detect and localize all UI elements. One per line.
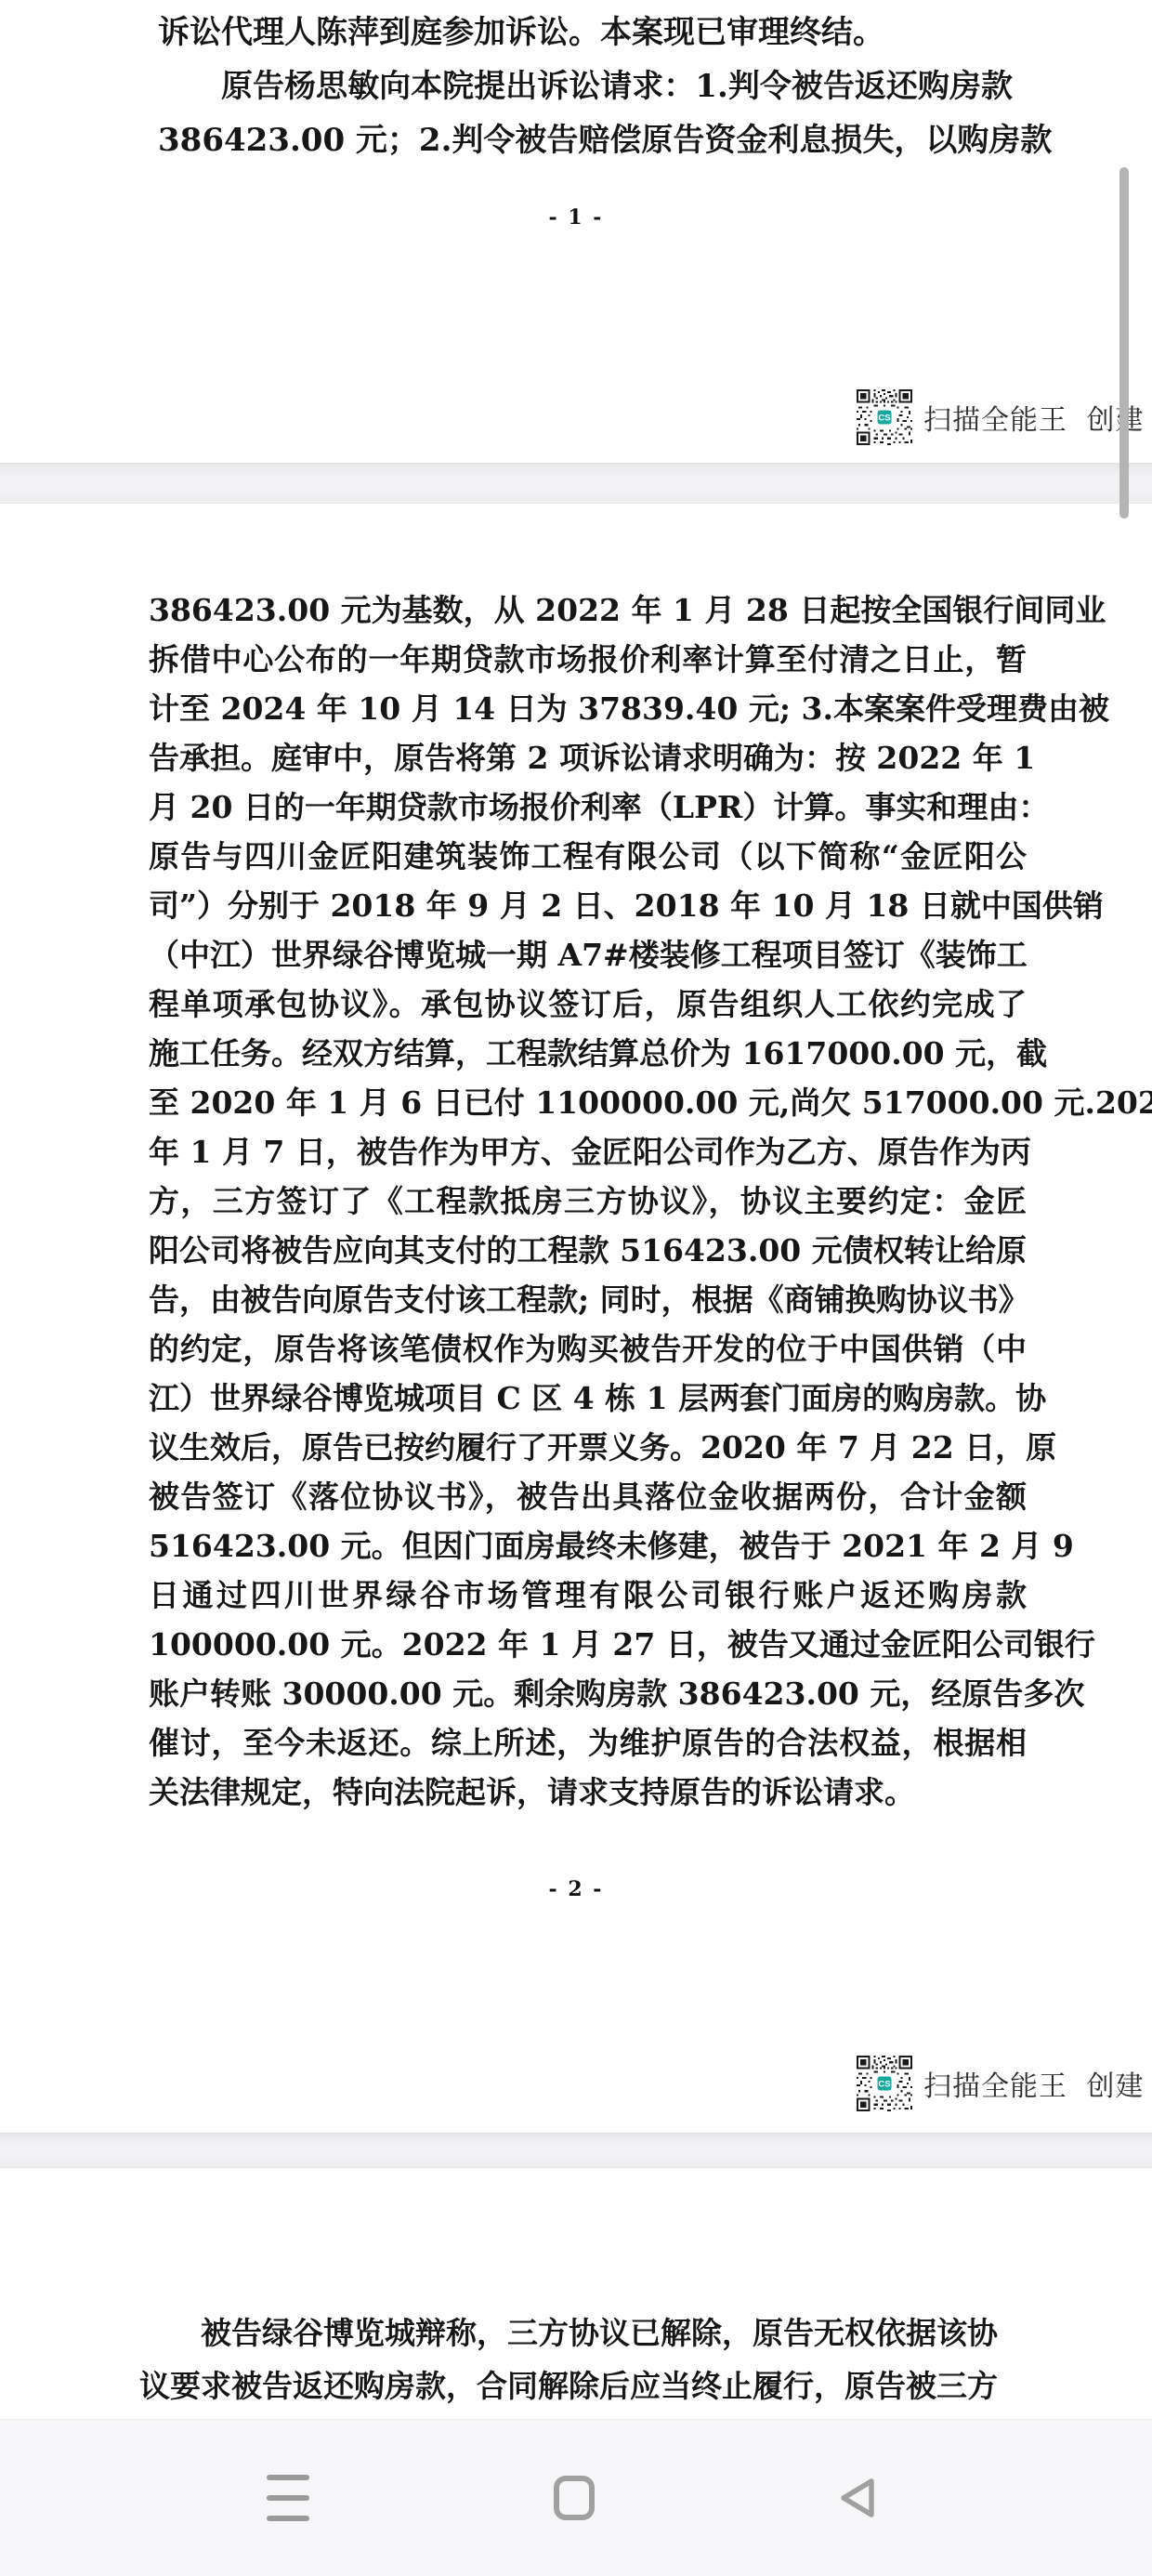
document-text-line: 告，由被告向原告支付该工程款; 同时，根据《商铺换购协议书》 bbox=[149, 1275, 1027, 1324]
page-3-text-block: 被告绿谷博览城辩称，三方协议已解除，原告无权依据该协议要求被告返还购房款，合同解… bbox=[139, 2307, 992, 2412]
document-text-line: 程单项承包协议》。承包协议签订后，原告组织人工依约完成了 bbox=[149, 979, 1027, 1029]
document-text-line: 的约定，原告将该笔债权作为购买被告开发的位于中国供销（中 bbox=[149, 1324, 1027, 1373]
watermark-label: 扫描全能王 创建 bbox=[923, 397, 1145, 438]
menu-button[interactable] bbox=[186, 2420, 390, 2576]
camscanner-watermark: CS 扫描全能王 创建 bbox=[857, 2056, 1145, 2111]
document-text-line: 386423.00 元为基数，从 2022 年 1 月 28 日起按全国银行间同… bbox=[149, 585, 1027, 635]
document-text-line: 月 20 日的一年期贷款市场报价利率（LPR）计算。事实和理由： bbox=[149, 782, 1027, 832]
document-text-line: 告承担。庭审中，原告将第 2 项诉讼请求明确为：按 2022 年 1 bbox=[149, 733, 1027, 782]
document-text-line: 诉讼代理人陈萍到庭参加诉讼。本案现已审理终结。 bbox=[158, 6, 1013, 59]
scrollbar-thumb[interactable] bbox=[1119, 167, 1129, 519]
document-text-line: 关法律规定，特向法院起诉，请求支持原告的诉讼请求。 bbox=[149, 1768, 1027, 1817]
document-text-line: 方，三方签订了《工程款抵房三方协议》，协议主要约定：金匠 bbox=[149, 1176, 1027, 1226]
document-text-line: 被告绿谷博览城辩称，三方协议已解除，原告无权依据该协 bbox=[139, 2307, 992, 2359]
document-text-line: 拆借中心公布的一年期贷款市场报价利率计算至付清之日止，暂 bbox=[149, 635, 1027, 684]
page-number: - 1 - bbox=[0, 205, 1152, 230]
camscanner-watermark: CS 扫描全能王 创建 bbox=[857, 389, 1145, 445]
svg-text:CS: CS bbox=[878, 413, 890, 423]
document-text-line: 计至 2024 年 10 月 14 日为 37839.40 元; 3.本案案件受… bbox=[149, 684, 1027, 733]
watermark-label: 扫描全能王 创建 bbox=[923, 2063, 1145, 2104]
document-text-line: 原告与四川金匠阳建筑装饰工程有限公司（以下简称“金匠阳公 bbox=[149, 832, 1027, 881]
document-text-line: 江）世界绿谷博览城项目 C 区 4 栋 1 层两套门面房的购房款。协 bbox=[149, 1373, 1027, 1423]
document-text-line: （中江）世界绿谷博览城一期 A7#楼装修工程项目签订《装饰工 bbox=[149, 930, 1027, 979]
page-2-text-block: 386423.00 元为基数，从 2022 年 1 月 28 日起按全国银行间同… bbox=[149, 585, 1027, 1817]
document-text-line: 日通过四川世界绿谷市场管理有限公司银行账户返还购房款 bbox=[149, 1571, 1027, 1620]
document-text-line: 100000.00 元。2022 年 1 月 27 日，被告又通过金匠阳公司银行 bbox=[149, 1620, 1027, 1669]
document-text-line: 阳公司将被告应向其支付的工程款 516423.00 元债权转让给原 bbox=[149, 1226, 1027, 1275]
document-text-line: 至 2020 年 1 月 6 日已付 1100000.00 元,尚欠 51700… bbox=[149, 1078, 1027, 1127]
document-text-line: 原告杨思敏向本院提出诉讼请求：1.判令被告返还购房款 bbox=[158, 59, 1013, 113]
camscanner-qr-code-icon: CS bbox=[857, 2056, 912, 2111]
back-button[interactable] bbox=[755, 2420, 960, 2576]
document-text-line: 施工任务。经双方结算，工程款结算总价为 1617000.00 元，截 bbox=[149, 1029, 1027, 1078]
document-text-line: 司”）分别于 2018 年 9 月 2 日、2018 年 10 月 18 日就中… bbox=[149, 881, 1027, 930]
document-text-line: 账户转账 30000.00 元。剩余购房款 386423.00 元，经原告多次 bbox=[149, 1669, 1027, 1718]
page-separator bbox=[0, 463, 1152, 504]
document-text-line: 被告签订《落位协议书》，被告出具落位金收据两份，合计金额 bbox=[149, 1472, 1027, 1521]
page-separator bbox=[0, 2133, 1152, 2168]
home-square-icon bbox=[554, 2476, 595, 2520]
page-1-text-block: 诉讼代理人陈萍到庭参加诉讼。本案现已审理终结。原告杨思敏向本院提出诉讼请求：1.… bbox=[158, 6, 1013, 167]
system-navigation-bar bbox=[0, 2419, 1152, 2576]
page-number: - 2 - bbox=[0, 1877, 1152, 1901]
document-text-line: 议要求被告返还购房款，合同解除后应当终止履行，原告被三方 bbox=[139, 2359, 992, 2412]
document-text-line: 516423.00 元。但因门面房最终未修建，被告于 2021 年 2 月 9 bbox=[149, 1521, 1027, 1571]
hamburger-menu-icon bbox=[267, 2467, 309, 2529]
svg-text:CS: CS bbox=[878, 2079, 890, 2089]
document-text-line: 年 1 月 7 日，被告作为甲方、金匠阳公司作为乙方、原告作为丙 bbox=[149, 1127, 1027, 1176]
document-text-line: 催讨，至今未返还。综上所述，为维护原告的合法权益，根据相 bbox=[149, 1718, 1027, 1768]
home-button[interactable] bbox=[472, 2420, 676, 2576]
document-scroll-area[interactable]: 诉讼代理人陈萍到庭参加诉讼。本案现已审理终结。原告杨思敏向本院提出诉讼请求：1.… bbox=[0, 0, 1152, 2576]
document-text-line: 议生效后，原告已按约履行了开票义务。2020 年 7 月 22 日，原 bbox=[149, 1423, 1027, 1472]
camscanner-qr-code-icon: CS bbox=[857, 389, 912, 445]
document-text-line: 386423.00 元；2.判令被告赔偿原告资金利息损失，以购房款 bbox=[158, 113, 1013, 167]
back-triangle-icon bbox=[833, 2474, 882, 2522]
